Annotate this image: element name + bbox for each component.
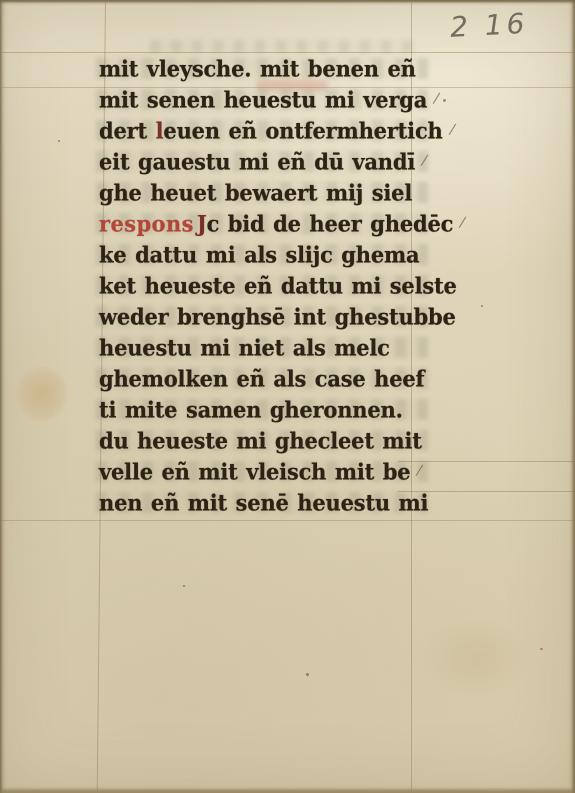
manuscript-text-line: responsJc bid de heer ghedēc/ <box>99 208 444 239</box>
text-segment: c bid de heer ghedēc <box>207 210 454 236</box>
margin-correction-mark: / <box>458 213 467 232</box>
manuscript-text-line: ke dattu mi als slijc ghema <box>99 239 444 270</box>
manuscript-text-line: heuestu mi niet als melc <box>99 332 444 363</box>
manuscript-text-line: ti mite samen gheronnen. <box>99 394 444 425</box>
ink-speck <box>306 673 309 676</box>
line-text: mit senen heuestu mi verga <box>99 83 427 116</box>
line-text: nen eñ mit senē heuestu mi <box>99 486 428 519</box>
manuscript-text-line: du heueste mi ghecleet mit <box>99 425 444 456</box>
text-segment: nen eñ mit senē heuestu mi <box>99 489 428 515</box>
photo-edge-bottom <box>0 788 575 793</box>
line-text: eit gauestu mi eñ dū vandī <box>99 145 415 178</box>
line-text: velle eñ mit vleisch mit be <box>99 455 410 488</box>
line-text: dert leuen eñ ontfermhertich <box>99 114 443 147</box>
manuscript-text-line: eit gauestu mi eñ dū vandī/ <box>99 146 444 177</box>
manuscript-page-photo: 2 16 mit vleysche. mit benen eñmit senen… <box>0 0 575 793</box>
line-text: ke dattu mi als slijc ghema <box>99 238 419 271</box>
text-segment: weder brenghsē int ghestubbe <box>99 303 456 329</box>
text-segment: mit vleysche. mit benen eñ <box>99 55 416 81</box>
manuscript-text-line: mit senen heuestu mi verga/ <box>99 84 444 115</box>
margin-correction-mark: / <box>448 120 457 139</box>
text-segment: eit gauestu mi eñ dū vandī <box>99 148 415 174</box>
parchment-stain <box>16 366 68 422</box>
text-block: mit vleysche. mit benen eñmit senen heue… <box>99 53 444 518</box>
manuscript-text-line: nen eñ mit senē heuestu mi <box>99 487 444 518</box>
line-text: ghe heuet bewaert mij siel <box>99 176 412 209</box>
text-segment: heuestu mi niet als melc <box>99 334 390 360</box>
ink-speck <box>481 305 483 307</box>
red-touched-initial: J <box>197 210 207 236</box>
photo-edge-right <box>571 0 575 793</box>
text-segment: ghemolken eñ als case heef <box>99 365 424 391</box>
line-text: heuestu mi niet als melc <box>99 331 390 364</box>
text-segment: dert <box>99 117 156 143</box>
ruling-line-bottom-3 <box>0 520 575 521</box>
text-segment: ket heueste eñ dattu mi selste <box>99 272 457 298</box>
line-text: ket heueste eñ dattu mi selste <box>99 269 457 302</box>
line-text: du heueste mi ghecleet mit <box>99 424 422 457</box>
line-text: weder brenghsē int ghestubbe <box>99 300 456 333</box>
margin-correction-mark: / <box>432 89 441 108</box>
manuscript-text-line: mit vleysche. mit benen eñ <box>99 53 444 84</box>
ink-speck <box>183 585 185 587</box>
text-segment: mit senen heuestu mi verga <box>99 86 427 112</box>
text-segment: ti mite samen gheronnen. <box>99 396 403 422</box>
verso-showthrough-band <box>150 40 415 53</box>
text-segment: ghe heuet bewaert mij siel <box>99 179 412 205</box>
line-text: ti mite samen gheronnen. <box>99 393 403 426</box>
manuscript-text-line: weder brenghsē int ghestubbe <box>99 301 444 332</box>
margin-correction-mark: / <box>420 151 429 170</box>
text-segment: du heueste mi ghecleet mit <box>99 427 422 453</box>
line-text: ghemolken eñ als case heef <box>99 362 424 395</box>
photo-edge-left <box>0 0 3 793</box>
text-segment: velle eñ mit vleisch mit be <box>99 458 410 484</box>
manuscript-text-line: ket heueste eñ dattu mi selste <box>99 270 444 301</box>
manuscript-text-line: ghemolken eñ als case heef <box>99 363 444 394</box>
text-segment: euen eñ ontfermhertich <box>163 117 442 143</box>
margin-correction-mark: / <box>415 461 424 480</box>
line-text: responsJc bid de heer ghedēc <box>99 207 453 240</box>
manuscript-text-line: velle eñ mit vleisch mit be/ <box>99 456 444 487</box>
folio-number-pencil: 2 16 <box>449 5 561 44</box>
parchment-stain-faint <box>420 615 530 700</box>
manuscript-text-line: ghe heuet bewaert mij siel <box>99 177 444 208</box>
line-text: mit vleysche. mit benen eñ <box>99 52 416 85</box>
ink-speck <box>58 140 60 142</box>
manuscript-text-line: dert leuen eñ ontfermhertich/ <box>99 115 444 146</box>
rubric-word: respons <box>99 210 194 236</box>
photo-edge-top <box>0 0 575 3</box>
text-segment: ke dattu mi als slijc ghema <box>99 241 419 267</box>
red-speck <box>540 648 543 650</box>
